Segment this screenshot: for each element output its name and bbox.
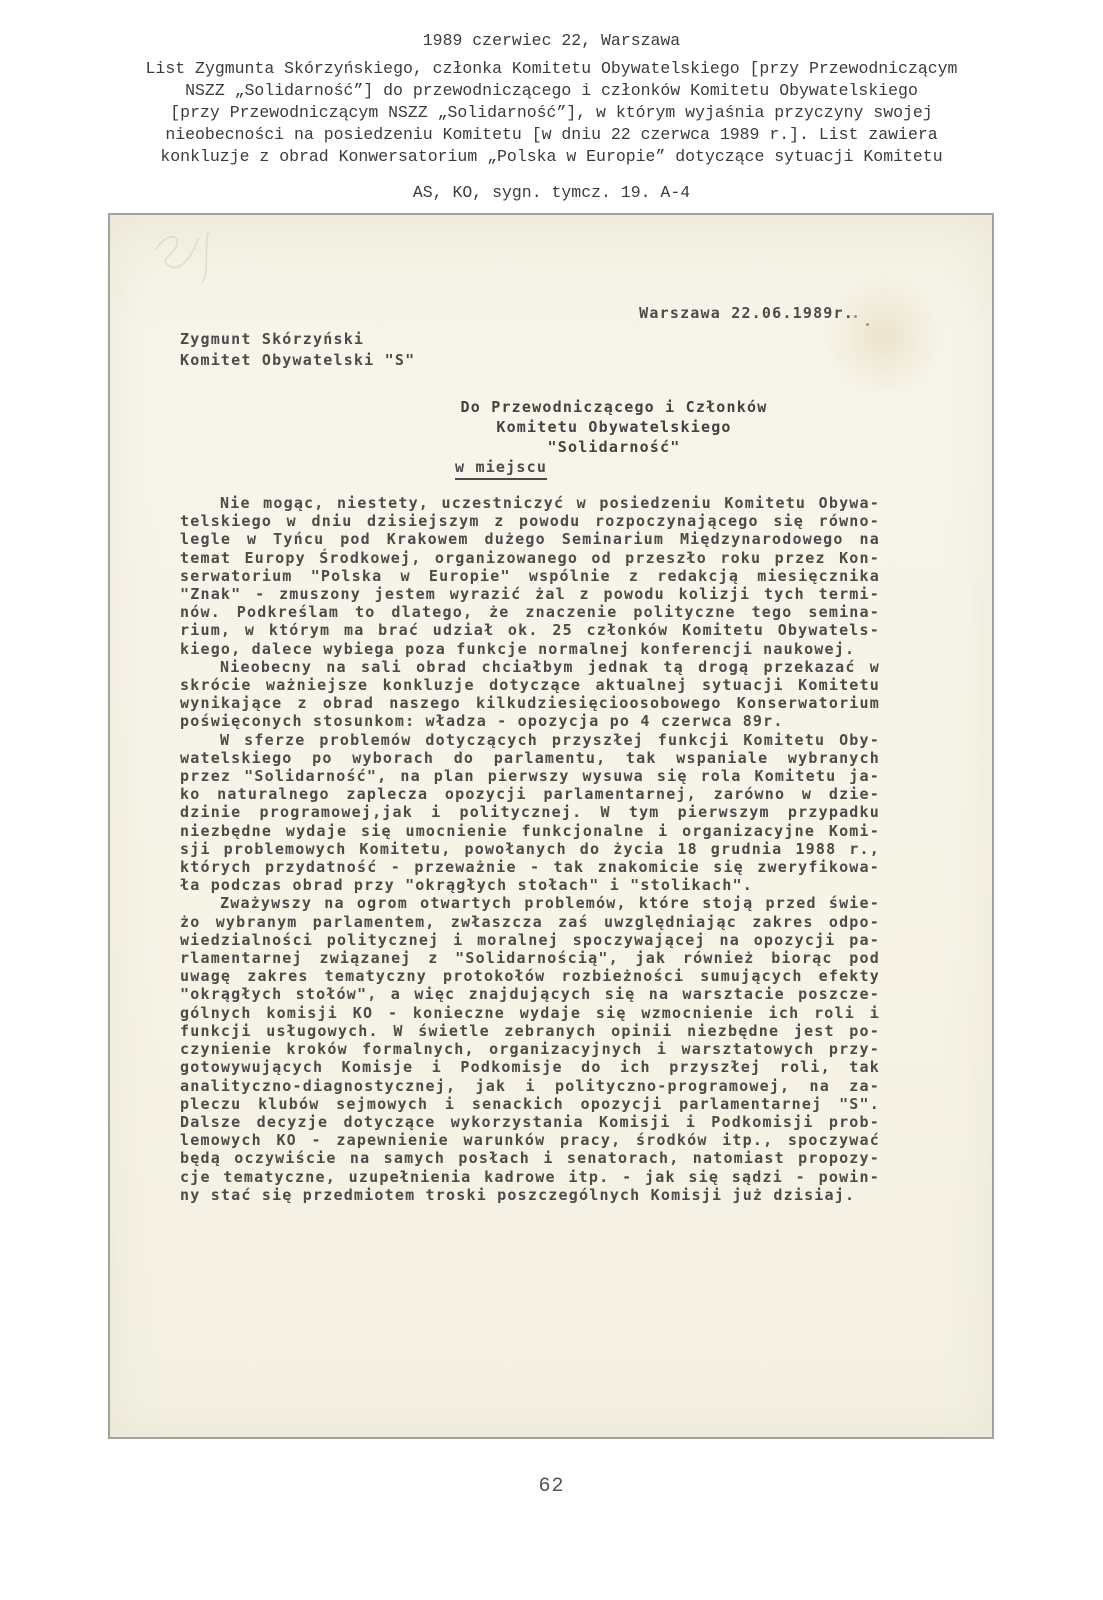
typed-line: czynienie kroków formalnych, organizacyj… xyxy=(180,1040,880,1058)
letter-sender: Zygmunt SkórzyńskiKomitet Obywatelski "S… xyxy=(180,329,880,371)
letter-content: Warszawa 22.06.1989r. Zygmunt Skórzyński… xyxy=(110,215,992,1204)
page-number: 62 xyxy=(0,1475,1103,1498)
text-line: konkluzje z obrad Konwersatorium „Polska… xyxy=(0,146,1103,168)
typed-line: rium, w którym ma brać udział ok. 25 czł… xyxy=(180,621,880,639)
typed-line: których przydatność - przeważnie - tak z… xyxy=(180,858,880,876)
typed-line: legle w Tyńcu pod Krakowem dużego Semina… xyxy=(180,530,880,548)
text-line: Komitetu Obywatelskiego xyxy=(455,417,773,437)
typed-line: rlamentarnej związanej z "Solidarnością"… xyxy=(180,949,880,967)
text-line: [przy Przewodniczącym NSZZ „Solidarność”… xyxy=(0,102,1103,124)
archive-reference: AS, KO, sygn. tymcz. 19. A-4 xyxy=(0,182,1103,204)
typed-line: wynikające z obrad naszego kilkudziesięc… xyxy=(180,694,880,712)
typed-line: cje tematyczne, uzupełnienia kadrowe itp… xyxy=(180,1168,880,1186)
body-paragraph: Nie mogąc, niestety, uczestniczyć w posi… xyxy=(180,494,880,658)
typed-line: niezbędne wydaje się umocnienie funkcjon… xyxy=(180,822,880,840)
typed-line: ko naturalnego zaplecza opozycji parlame… xyxy=(180,785,880,803)
text-line: Do Przewodniczącego i Członków xyxy=(455,397,773,417)
letter-scan: Warszawa 22.06.1989r. Zygmunt Skórzyński… xyxy=(108,213,994,1439)
text-line: nieobecności na posiedzeniu Komitetu [w … xyxy=(0,124,1103,146)
typed-line: skrócie ważniejsze konkluzje dotyczące a… xyxy=(180,676,880,694)
body-paragraph: W sferze problemów dotyczących przyszłej… xyxy=(180,731,880,895)
typed-line: "okrągłych stołów", a więc znajdujących … xyxy=(180,985,880,1003)
typed-line: gólnych komisji KO - konieczne wydaje si… xyxy=(180,1004,880,1022)
typed-line: Dalsze decyzje dotyczące wykorzystania K… xyxy=(180,1113,880,1131)
typed-line: telskiego w dniu dzisiejszym z powodu ro… xyxy=(180,512,880,530)
typed-line: nów. Podkreślam to dlatego, że znaczenie… xyxy=(180,603,880,621)
typed-line: Nieobecny na sali obrad chciałbym jednak… xyxy=(180,658,880,676)
document-description: List Zygmunta Skórzyńskiego, członka Kom… xyxy=(0,58,1103,168)
typed-line: ła podczas obrad przy "okrągłych stołach… xyxy=(180,876,880,894)
typed-line: kiego, dalece wybiega poza funkcje norma… xyxy=(180,640,880,658)
typed-line: Nie mogąc, niestety, uczestniczyć w posi… xyxy=(180,494,880,512)
typed-line: watelskiego po wyborach do parlamentu, t… xyxy=(180,749,880,767)
typed-line: pleczu klubów sejmowych i senackich opoz… xyxy=(180,1095,880,1113)
typed-line: ny stać się przedmiotem troski poszczegó… xyxy=(180,1186,880,1204)
typed-line: W sferze problemów dotyczących przyszłej… xyxy=(180,731,880,749)
typed-line: dzinie programowej,jak i politycznej. W … xyxy=(180,803,880,821)
letter-recipient: Do Przewodniczącego i CzłonkówKomitetu O… xyxy=(455,397,773,457)
typed-line: serwatorium "Polska w Europie" wspólnie … xyxy=(180,567,880,585)
typed-line: gotowywujących Komisje i Podkomisje do i… xyxy=(180,1058,880,1076)
typed-line: lemowych KO - zapewnienie warunków pracy… xyxy=(180,1131,880,1149)
letter-dateline: Warszawa 22.06.1989r. xyxy=(180,303,880,323)
text-line: List Zygmunta Skórzyńskiego, członka Kom… xyxy=(0,58,1103,80)
typed-line: analityczno-diagnostycznej, jak i polity… xyxy=(180,1077,880,1095)
typed-line: przez "Solidarność", na plan pierwszy wy… xyxy=(180,767,880,785)
typed-line: żo wybranym parlamentem, zwłaszcza zaś u… xyxy=(180,913,880,931)
text-line: "Solidarność" xyxy=(455,437,773,457)
typed-line: funkcji usługowych. W świetle zebranych … xyxy=(180,1022,880,1040)
typed-line: uwagę zakres tematyczny protokołów rozbi… xyxy=(180,967,880,985)
typed-line: będą oczywiście na samych posłach i sena… xyxy=(180,1149,880,1167)
place-note-row: w miejscu xyxy=(455,457,880,480)
letter-body: Nie mogąc, niestety, uczestniczyć w posi… xyxy=(180,494,880,1204)
text-line: Zygmunt Skórzyński xyxy=(180,329,880,350)
text-line: Komitet Obywatelski "S" xyxy=(180,350,880,371)
typed-line: poświęconych stosunkom: władza - opozycj… xyxy=(180,712,880,730)
text-line: NSZZ „Solidarność”] do przewodniczącego … xyxy=(0,80,1103,102)
document-date-place: 1989 czerwiec 22, Warszawa xyxy=(0,30,1103,52)
body-paragraph: Zważywszy na ogrom otwartych problemów, … xyxy=(180,894,880,1203)
typed-line: "Znak" - zmuszony jestem wyrazić żal z p… xyxy=(180,585,880,603)
catalogue-header: 1989 czerwiec 22, Warszawa List Zygmunta… xyxy=(0,30,1103,204)
place-note: w miejscu xyxy=(455,457,547,480)
archive-page: { "page_header": { "date_place": "1989 c… xyxy=(0,0,1103,1600)
body-paragraph: Nieobecny na sali obrad chciałbym jednak… xyxy=(180,658,880,731)
typed-line: sji problemowych Komitetu, powołanych do… xyxy=(180,840,880,858)
typed-line: temat Europy Środkowej, organizowanego o… xyxy=(180,549,880,567)
typed-line: Zważywszy na ogrom otwartych problemów, … xyxy=(180,894,880,912)
typed-line: wiedzialności politycznej i moralnej spo… xyxy=(180,931,880,949)
